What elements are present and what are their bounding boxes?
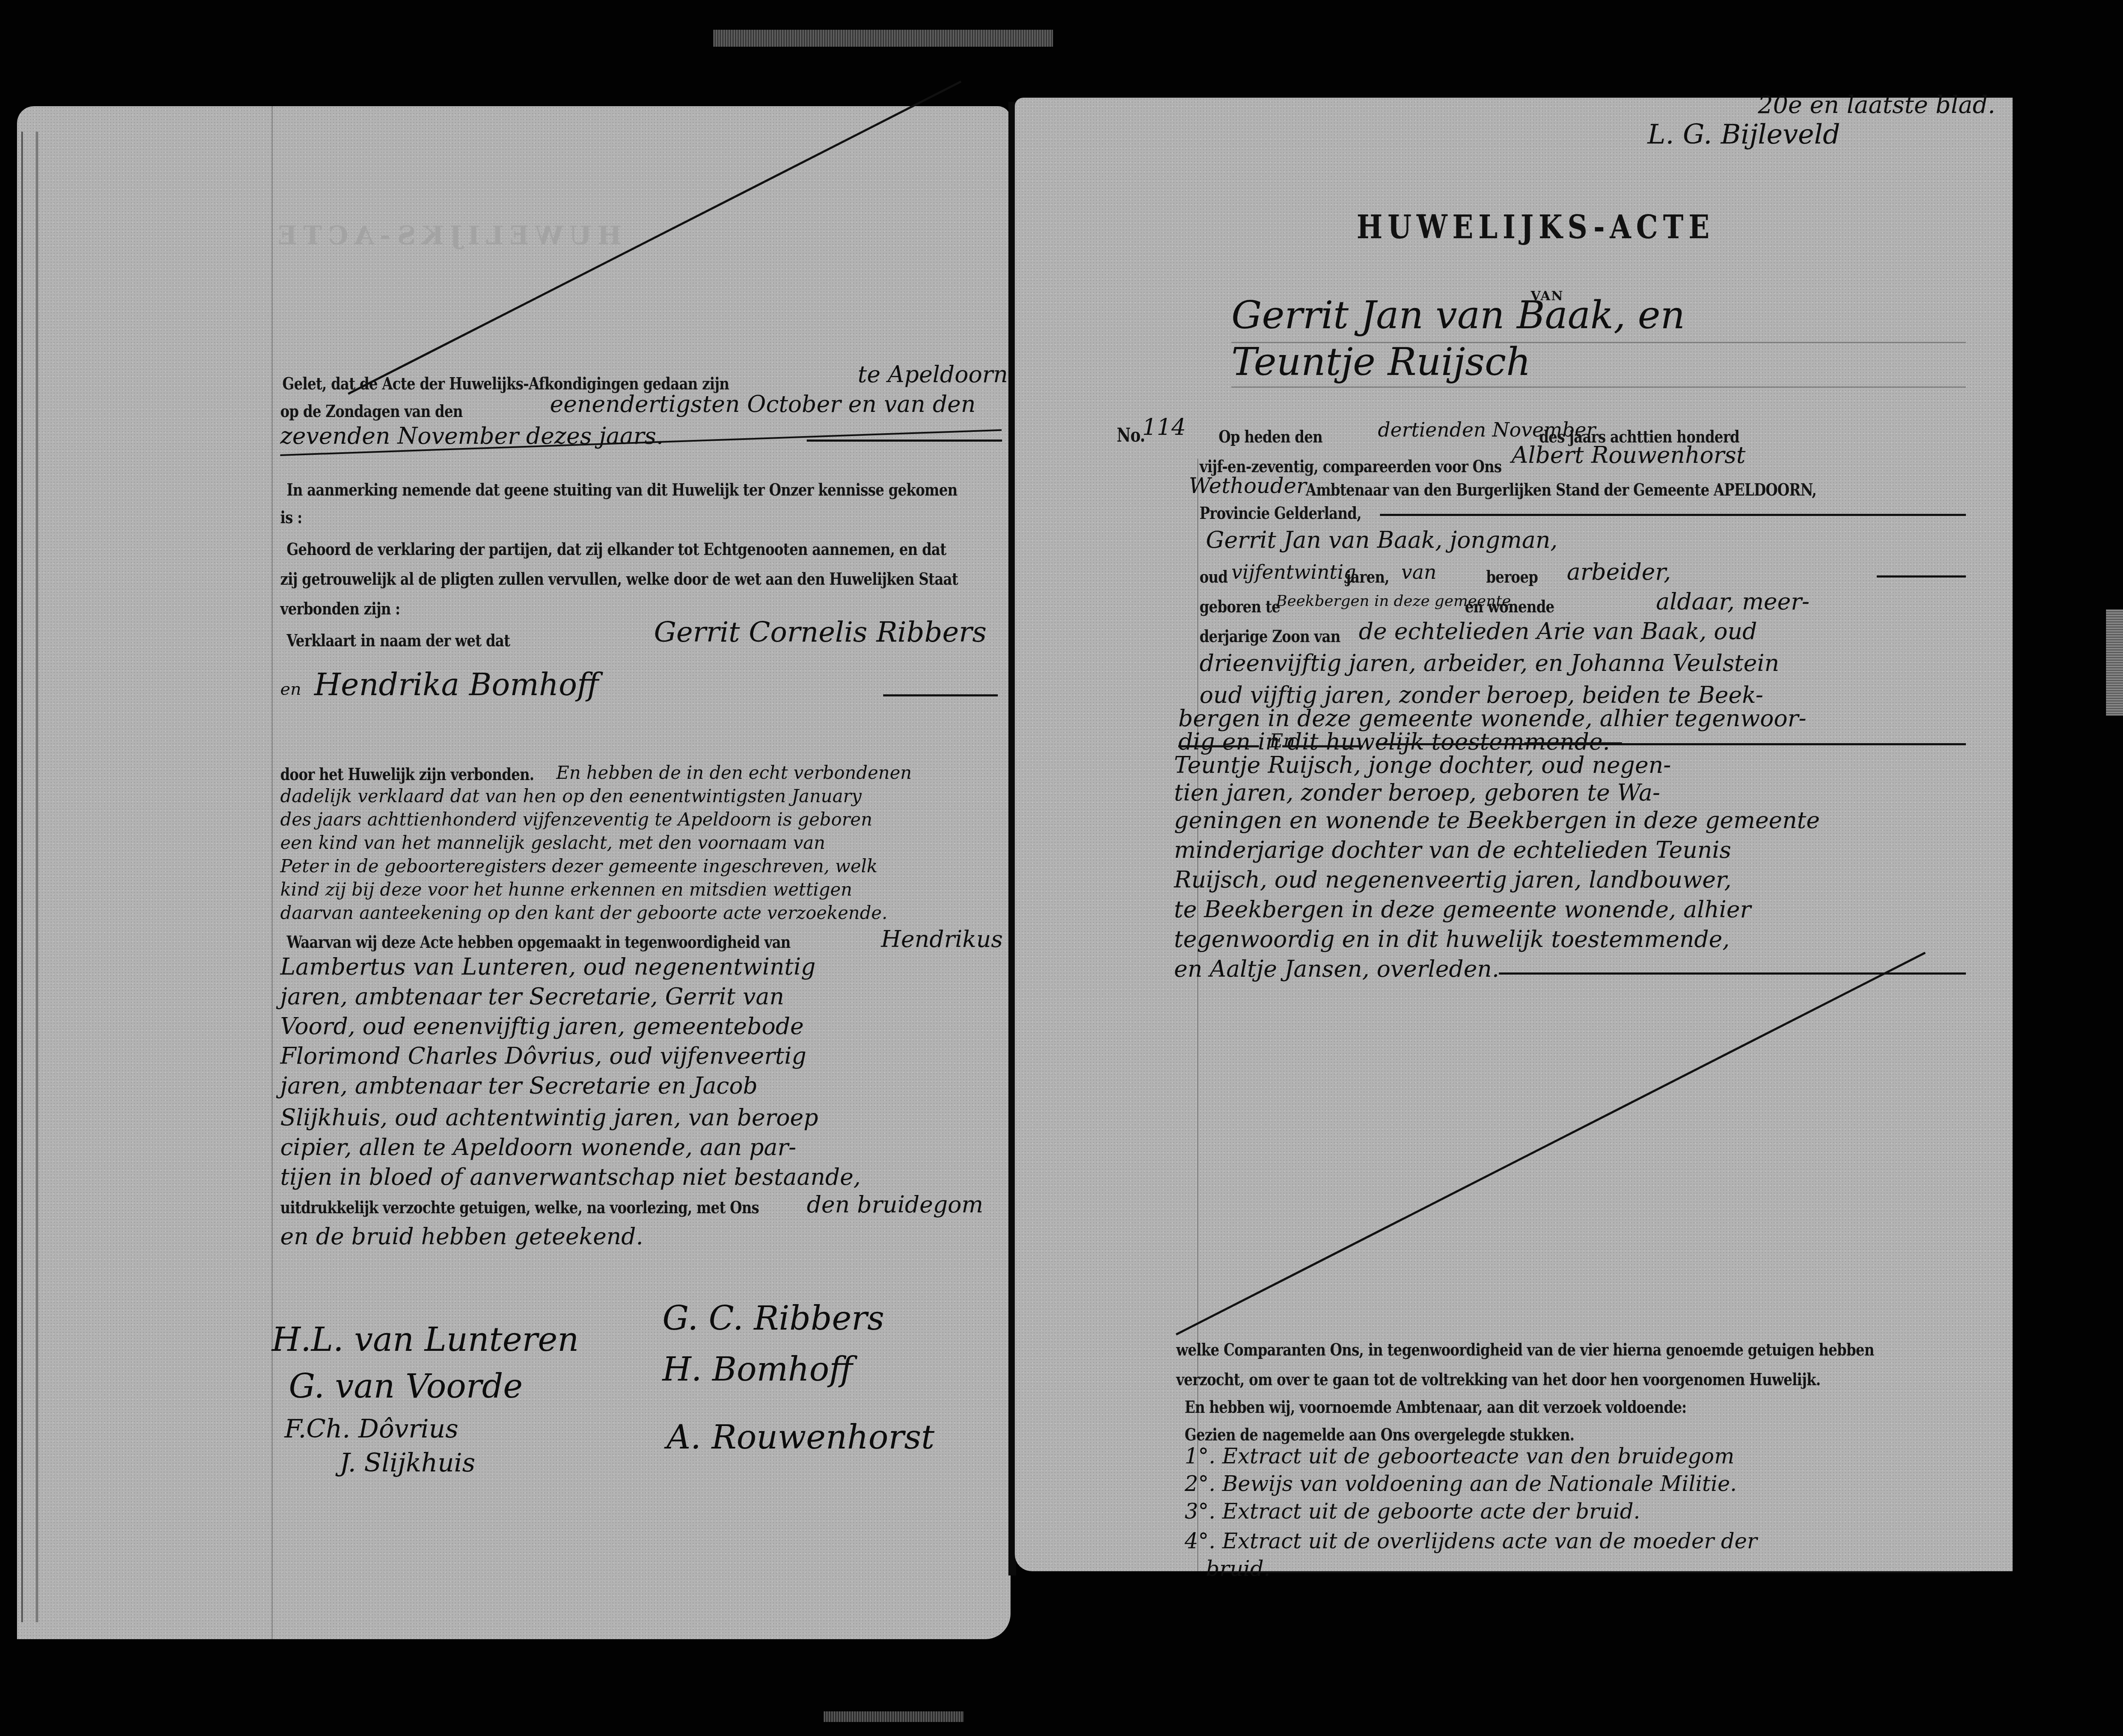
handwritten-text: te Beekbergen in deze gemeente wonende, … xyxy=(1174,896,1751,923)
handwritten-text: kind zij bij deze voor het hunne erkenne… xyxy=(280,879,852,900)
handwritten-text: den bruidegom xyxy=(807,1191,983,1218)
handwritten-text: Florimond Charles Dôvrius, oud vijfenvee… xyxy=(280,1043,806,1069)
bleed-through-title: HUWELIJKS-ACTE xyxy=(272,221,622,251)
fill-line xyxy=(1499,972,1966,975)
document-list-item: 3°. Extract uit de geboorte acte der bru… xyxy=(1185,1499,1640,1524)
printed-text: Verklaart in naam der wet dat xyxy=(287,631,510,651)
fill-line xyxy=(1223,1571,1970,1573)
printed-text: In aanmerking nemende dat geene stuiting… xyxy=(287,480,957,500)
groom-signature: G. C. Ribbers xyxy=(662,1299,884,1338)
handwritten-text: en xyxy=(280,679,301,699)
handwritten-text: Peter in de geboorteregisters dezer geme… xyxy=(280,856,878,876)
printed-text: uitdrukkelijk verzochte getuigen, welke,… xyxy=(280,1198,759,1217)
fill-line xyxy=(883,694,998,696)
witness-signature: F.Ch. Dôvrius xyxy=(284,1414,458,1444)
fill-line xyxy=(1376,743,1966,745)
printed-text: oud xyxy=(1199,567,1228,587)
handwritten-text: tijen in bloed of aanverwantschap niet b… xyxy=(280,1164,861,1190)
bride-name: Hendrika Bomhoff xyxy=(314,667,599,702)
fill-line xyxy=(1380,514,1966,516)
fill-line xyxy=(1178,745,1259,747)
handwritten-text: Slijkhuis, oud achtentwintig jaren, van … xyxy=(280,1104,818,1131)
fill-line xyxy=(1282,745,1363,747)
printed-text: verzocht, om over te gaan tot de voltrek… xyxy=(1176,1370,1820,1389)
handwritten-text: aldaar, meer- xyxy=(1656,588,1810,615)
groom-heading: Gerrit Jan van Baak, en xyxy=(1231,293,1685,338)
bride-signature: H. Bomhoff xyxy=(662,1350,853,1389)
handwritten-text: tegenwoordig en in dit huwelijk toestemm… xyxy=(1174,926,1730,953)
handwritten-text: dadelijk verklaard dat van hen op den ee… xyxy=(280,786,862,806)
margin-rule xyxy=(272,106,273,1639)
handwritten-text: en Aaltje Jansen, overleden. xyxy=(1174,955,1499,982)
printed-text: verbonden zijn : xyxy=(280,599,400,619)
handwritten-text: oud vijftig jaren, zonder beroep, beiden… xyxy=(1199,682,1763,708)
printed-text: geboren te xyxy=(1199,597,1280,617)
handwritten-text: en de bruid hebben geteekend. xyxy=(280,1223,643,1250)
printed-text: jaren, xyxy=(1346,567,1389,587)
document-title: HUWELIJKS-ACTE xyxy=(1357,208,1715,246)
printed-text: en wonende xyxy=(1465,597,1554,617)
scanner-edge-strip-bottom xyxy=(824,1711,964,1722)
handwritten-text: tien jaren, zonder beroep, geboren te Wa… xyxy=(1174,779,1660,806)
witness-signature: H.L. van Lunteren xyxy=(272,1321,579,1359)
printed-text: door het Huwelijk zijn verbonden. xyxy=(280,764,534,784)
corner-note-signature: L. G. Bijleveld xyxy=(1647,119,1840,150)
printed-text: En hebben wij, voornoemde Ambtenaar, aan… xyxy=(1185,1397,1687,1417)
handwritten-text: Gerrit Jan van Baak, jongman, xyxy=(1206,527,1557,553)
handwritten-text: arbeider, xyxy=(1567,558,1671,585)
printed-text: derjarige Zoon van xyxy=(1199,626,1340,646)
handwritten-text: drieenvijftig jaren, arbeider, en Johann… xyxy=(1199,650,1779,676)
record-number: 114 xyxy=(1142,414,1186,441)
printed-text: is : xyxy=(280,507,302,527)
handwritten-text: van xyxy=(1401,561,1436,583)
handwritten-text: jaren, ambtenaar ter Secretarie en Jacob xyxy=(280,1072,757,1099)
printed-text: zij getrouwelijk al de pligten zullen ve… xyxy=(280,569,958,589)
document-list-item: 1°. Extract uit de geboorteacte van den … xyxy=(1185,1444,1734,1468)
printed-text: Ambtenaar van den Burgerlijken Stand der… xyxy=(1306,480,1816,500)
handwritten-text: geningen en wonende te Beekbergen in dez… xyxy=(1174,807,1820,834)
handwritten-text: Voord, oud eenenvijftig jaren, gemeenteb… xyxy=(280,1013,804,1040)
bride-heading: Teuntje Ruijsch xyxy=(1231,340,1531,384)
handwritten-text: En hebben de in den echt verbondenen xyxy=(556,762,912,783)
registrar-name: Albert Rouwenhorst xyxy=(1512,442,1746,468)
page-binding-edge xyxy=(21,132,38,1622)
printed-text: Provincie Gelderland, xyxy=(1199,503,1361,523)
witness-signature: J. Slijkhuis xyxy=(340,1448,475,1478)
handwritten-text: daarvan aanteekening op den kant der geb… xyxy=(280,902,887,923)
handwritten-text: des jaars achttienhonderd vijfenzeventig… xyxy=(280,809,872,830)
corner-note: 20e en laatste blad. xyxy=(1758,91,1995,119)
fill-line xyxy=(1877,575,1966,578)
document-list-item: bruid. xyxy=(1206,1556,1270,1581)
registrar-signature: A. Rouwenhorst xyxy=(667,1418,935,1457)
printed-text: op de Zondagen van den xyxy=(280,401,463,421)
printed-text: Gehoord de verklaring der partijen, dat … xyxy=(287,539,946,559)
handwritten-text: te Apeldoorn xyxy=(858,361,1008,388)
handwritten-text: cipier, allen te Apeldoorn wonende, aan … xyxy=(280,1134,796,1161)
handwritten-text: een kind van het mannelijk geslacht, met… xyxy=(280,832,825,853)
printed-text: welke Comparanten Ons, in tegenwoordighe… xyxy=(1176,1340,1874,1360)
registrar-role: Wethouder xyxy=(1189,473,1306,498)
scanner-edge-strip xyxy=(713,30,1053,47)
printed-text: Gezien de nagemelde aan Ons overgelegde … xyxy=(1185,1425,1574,1445)
handwritten-text: Hendrikus xyxy=(881,926,1003,953)
handwritten-text: eenendertigsten October en van den xyxy=(550,391,976,417)
record-number-label: No. xyxy=(1117,425,1145,446)
handwritten-text: bergen in deze gemeente wonende, alhier … xyxy=(1178,705,1806,732)
witness-signature: G. van Voorde xyxy=(289,1367,523,1406)
handwritten-text: Lambertus van Lunteren, oud negenentwint… xyxy=(280,953,816,980)
handwritten-text: Teuntje Ruijsch, jonge dochter, oud nege… xyxy=(1174,752,1671,778)
fill-line xyxy=(807,440,1002,442)
document-list-item: 2°. Bewijs van voldoening aan de Nationa… xyxy=(1185,1471,1737,1496)
handwritten-text: de echtelieden Arie van Baak, oud xyxy=(1359,618,1757,645)
printed-text: beroep xyxy=(1486,567,1538,587)
groom-name: Gerrit Cornelis Ribbers xyxy=(654,616,987,648)
handwritten-text: zevenden November dezes jaars. xyxy=(280,423,664,449)
handwritten-text: Ruijsch, oud negenenveertig jaren, landb… xyxy=(1174,866,1732,893)
handwritten-text: minderjarige dochter van de echtelieden … xyxy=(1174,837,1731,863)
printed-text: Waarvan wij deze Acte hebben opgemaakt i… xyxy=(287,932,791,952)
document-list-item: 4°. Extract uit de overlijdens acte van … xyxy=(1185,1529,1757,1553)
handwritten-text: jaren, ambtenaar ter Secretarie, Gerrit … xyxy=(280,983,784,1010)
handwritten-text: dig en in dit huwelijk toestemmende. xyxy=(1178,728,1610,755)
handwritten-text: En xyxy=(1270,730,1295,752)
handwritten-text: vijfentwintig xyxy=(1231,561,1356,583)
ruled-line xyxy=(1231,386,1966,388)
printed-text: Op heden den xyxy=(1219,427,1323,447)
book-tab xyxy=(2106,609,2123,716)
